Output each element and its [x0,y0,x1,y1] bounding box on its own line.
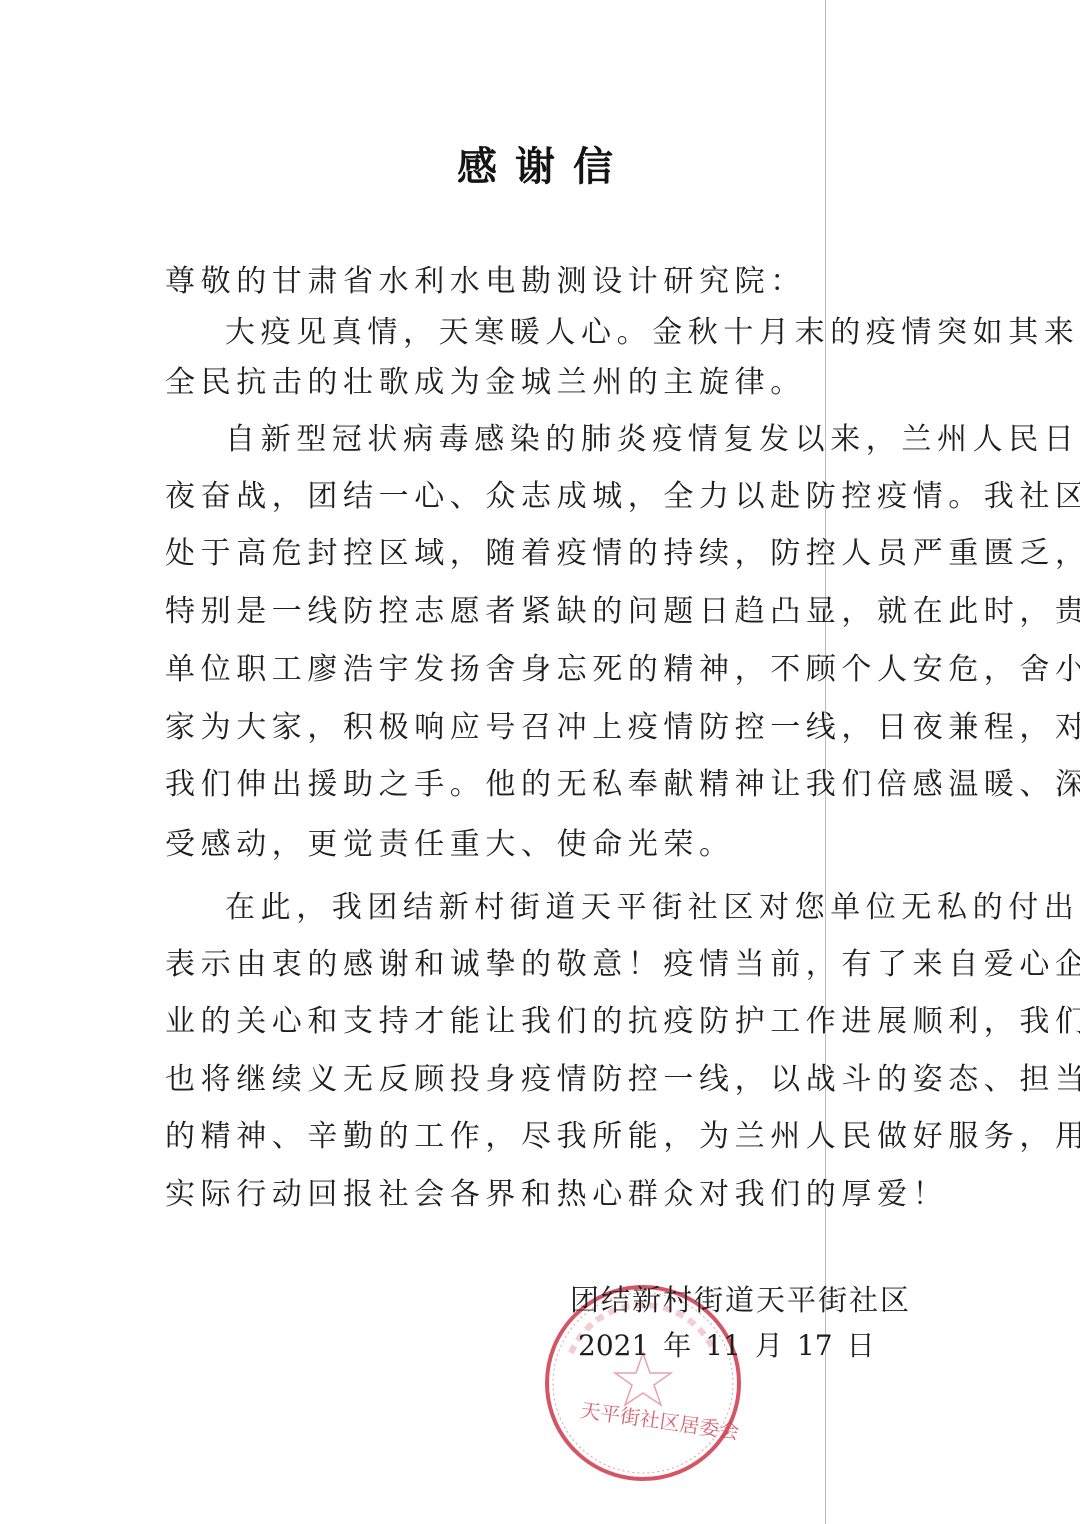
paragraph-2-line-1: 自新型冠状病毒感染的肺炎疫情复发以来，兰州人民日 [225,420,995,460]
paragraph-2-line-7: 我们伸出援助之手。他的无私奉献精神让我们倍感温暖、深 [165,765,935,805]
paragraph-2-line-2: 夜奋战，团结一心、众志成城，全力以赴防控疫情。我社区 [165,477,935,517]
paragraph-2-line-8: 受感动，更觉责任重大、使命光荣。 [165,825,935,865]
paragraph-3-line-3: 业的关心和支持才能让我们的抗疫防护工作进展顺利，我们 [165,1002,935,1042]
date-day: 17 [797,1326,833,1366]
letter-title: 感谢信 [0,135,1080,192]
paragraph-2-line-4: 特别是一线防控志愿者紧缺的问题日趋凸显，就在此时，贵 [165,592,935,632]
paragraph-1-line-1: 大疫见真情，天寒暖人心。金秋十月末的疫情突如其来， [225,313,995,353]
letter-page: 感谢信 尊敬的甘肃省水利水电勘测设计研究院： 大疫见真情，天寒暖人心。金秋十月末… [0,0,1080,1524]
paragraph-3-line-1: 在此，我团结新村街道天平街社区对您单位无私的付出， [225,888,995,928]
salutation: 尊敬的甘肃省水利水电勘测设计研究院： [165,262,935,302]
date-month-unit: 月 [755,1326,783,1366]
date-month: 11 [705,1326,741,1366]
paragraph-2-line-3: 处于高危封控区域，随着疫情的持续，防控人员严重匮乏， [165,534,935,574]
paragraph-3-line-2: 表示由衷的感谢和诚挚的敬意！疫情当前，有了来自爱心企 [165,945,935,985]
signature-date: 2021年11月17日 [578,1326,875,1366]
date-year: 2021 [578,1326,649,1366]
paragraph-1-line-2: 全民抗击的壮歌成为金城兰州的主旋律。 [165,363,935,403]
paragraph-2-line-6: 家为大家，积极响应号召冲上疫情防控一线，日夜兼程，对 [165,708,935,748]
paragraph-3-line-4: 也将继续义无反顾投身疫情防控一线，以战斗的姿态、担当 [165,1060,935,1100]
paragraph-3-line-5: 的精神、辛勤的工作，尽我所能，为兰州人民做好服务，用 [165,1117,935,1157]
paragraph-2-line-5: 单位职工廖浩宇发扬舍身忘死的精神，不顾个人安危，舍小 [165,650,935,690]
date-year-unit: 年 [663,1326,691,1366]
paragraph-3-line-6: 实际行动回报社会各界和热心群众对我们的厚爱！ [165,1175,935,1215]
signature-organization: 团结新村街道天平街社区 [570,1280,911,1320]
date-day-unit: 日 [847,1326,875,1366]
